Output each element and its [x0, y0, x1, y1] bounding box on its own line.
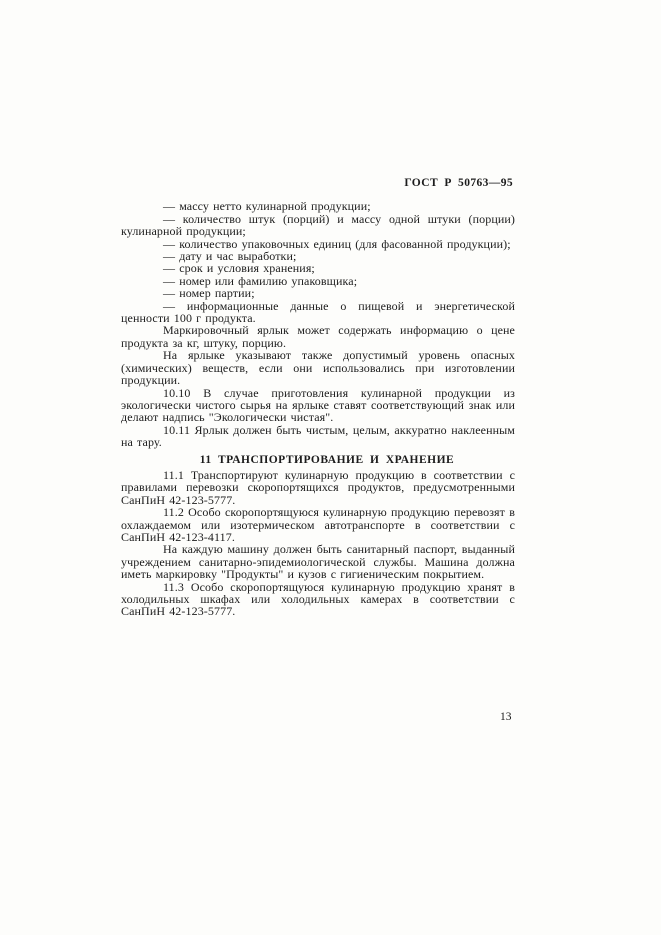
paragraph: 11.2 Особо скоропортящуюся кулинарную пр…: [121, 506, 515, 543]
list-item: — информационные данные о пищевой и энер…: [121, 300, 515, 325]
list-item: — номер партии;: [121, 287, 515, 299]
list-item: — массу нетто кулинарной продукции;: [121, 200, 515, 212]
document-code-header: ГОСТ Р 50763—95: [121, 177, 515, 189]
paragraph: На каждую машину должен быть санитарный …: [121, 543, 515, 580]
paragraph: 10.10 В случае приготовления кулинарной …: [121, 387, 515, 424]
paragraph: 10.11 Ярлык должен быть чистым, целым, а…: [121, 424, 515, 449]
paragraph: 11.1 Транспортируют кулинарную продукцию…: [121, 469, 515, 506]
paragraph: На ярлыке указывают также допустимый уро…: [121, 349, 515, 386]
section-11-paragraphs: 11.1 Транспортируют кулинарную продукцию…: [121, 469, 515, 618]
document-page: ГОСТ Р 50763—95 — массу нетто кулинарной…: [0, 0, 661, 935]
text-column: ГОСТ Р 50763—95 — массу нетто кулинарной…: [121, 177, 515, 618]
page-number: 13: [500, 711, 512, 723]
marking-requirements-list: — массу нетто кулинарной продукции;— кол…: [121, 200, 515, 324]
list-item: — срок и условия хранения;: [121, 262, 515, 274]
section-11-heading: 11 ТРАНСПОРТИРОВАНИЕ И ХРАНЕНИЕ: [139, 454, 515, 466]
list-item: — количество штук (порций) и массу одной…: [121, 213, 515, 238]
paragraph: Маркировочный ярлык может содержать инфо…: [121, 324, 515, 349]
section-10-paragraphs: Маркировочный ярлык может содержать инфо…: [121, 324, 515, 448]
paragraph: 11.3 Особо скоропортящуюся кулинарную пр…: [121, 581, 515, 618]
